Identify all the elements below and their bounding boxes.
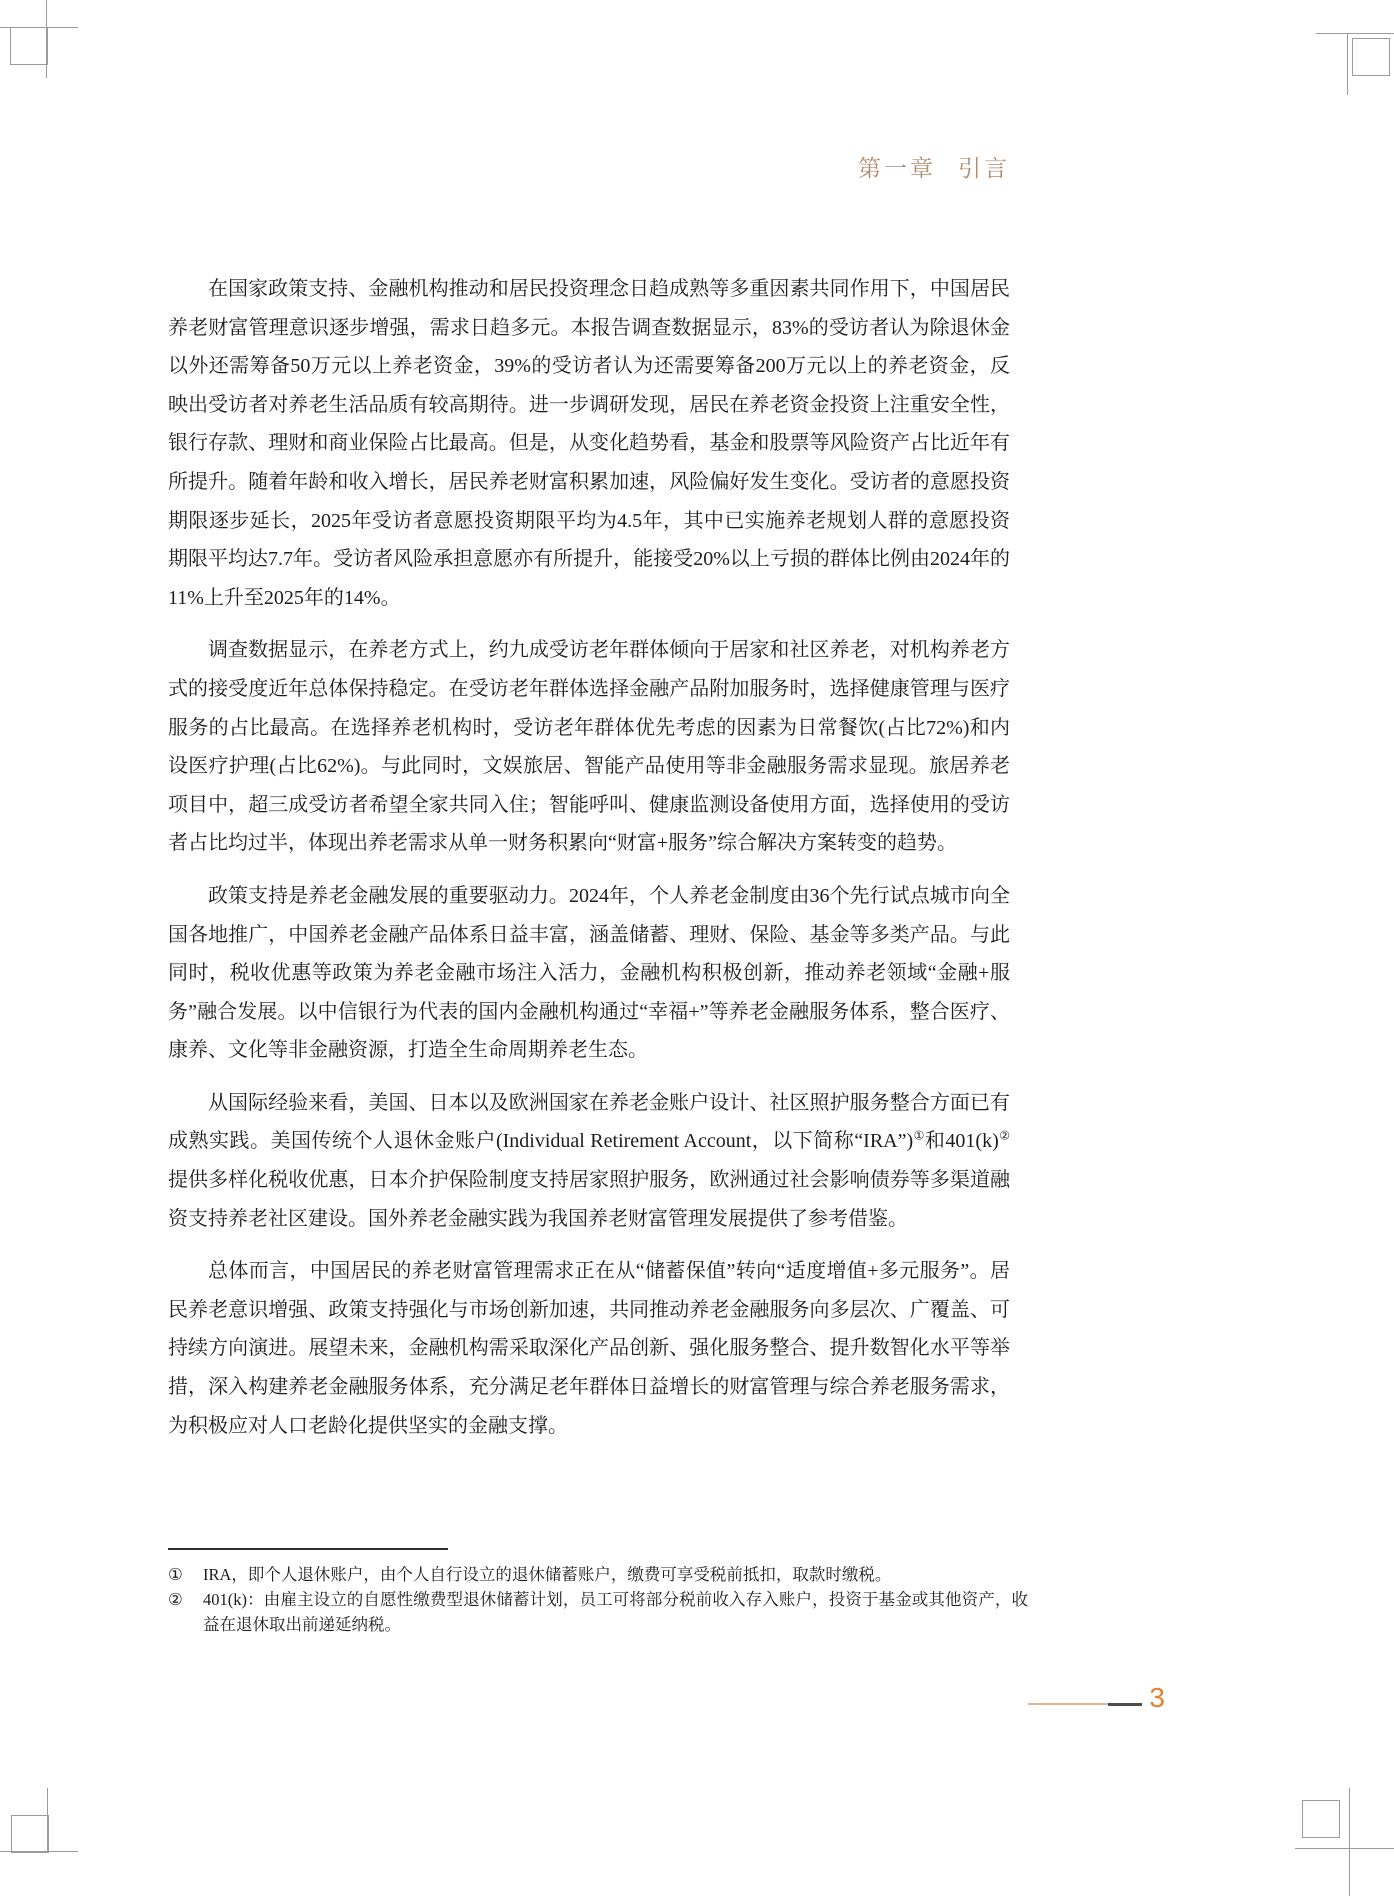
body-paragraph: 政策支持是养老金融发展的重要驱动力。2024年，个人养老金制度由36个先行试点城…	[168, 877, 1010, 1070]
footnote-text: 401(k)：由雇主设立的自愿性缴费型退休储蓄计划，员工可将部分税前收入存入账户…	[203, 1587, 1028, 1637]
page-number-block: 3	[1028, 1684, 1165, 1712]
body-paragraphs: 在国家政策支持、金融机构推动和居民投资理念日趋成熟等多重因素共同作用下，中国居民…	[168, 270, 1010, 1459]
footnote-marker: ①	[168, 1562, 190, 1587]
footnote-marker: ②	[168, 1587, 190, 1637]
page-number-rule-dark	[1108, 1703, 1142, 1706]
page-number-rule-light	[1028, 1703, 1108, 1705]
footnote-ref: ①	[913, 1129, 925, 1143]
body-paragraph: 调查数据显示，在养老方式上，约九成受访老年群体倾向于居家和社区养老，对机构养老方…	[168, 631, 1010, 863]
body-paragraph: 在国家政策支持、金融机构推动和居民投资理念日趋成熟等多重因素共同作用下，中国居民…	[168, 270, 1010, 617]
chapter-header: 第一章引言	[168, 150, 1010, 183]
page-number: 3	[1149, 1684, 1165, 1712]
footnote-section: ①IRA，即个人退休账户，由个人自行设立的退休储蓄账户，缴费可享受税前抵扣，取款…	[168, 1548, 1028, 1637]
footnote-item: ①IRA，即个人退休账户，由个人自行设立的退休储蓄账户，缴费可享受税前抵扣，取款…	[168, 1562, 1028, 1587]
body-paragraph: 总体而言，中国居民的养老财富管理需求正在从“储蓄保值”转向“适度增值+多元服务”…	[168, 1252, 1010, 1445]
report-page: 第一章引言 在国家政策支持、金融机构推动和居民投资理念日趋成熟等多重因素共同作用…	[0, 0, 1394, 1896]
footnote-item: ②401(k)：由雇主设立的自愿性缴费型退休储蓄计划，员工可将部分税前收入存入账…	[168, 1587, 1028, 1637]
footnote-text: IRA，即个人退休账户，由个人自行设立的退休储蓄账户，缴费可享受税前抵扣，取款时…	[203, 1562, 1028, 1587]
footnote-list: ①IRA，即个人退休账户，由个人自行设立的退休储蓄账户，缴费可享受税前抵扣，取款…	[168, 1562, 1028, 1637]
footnote-ref: ②	[999, 1129, 1010, 1143]
body-paragraph: 从国际经验来看，美国、日本以及欧洲国家在养老金账户设计、社区照护服务整合方面已有…	[168, 1084, 1010, 1238]
chapter-number: 第一章	[858, 156, 936, 181]
footnote-divider	[168, 1548, 448, 1550]
chapter-title: 引言	[958, 156, 1010, 181]
